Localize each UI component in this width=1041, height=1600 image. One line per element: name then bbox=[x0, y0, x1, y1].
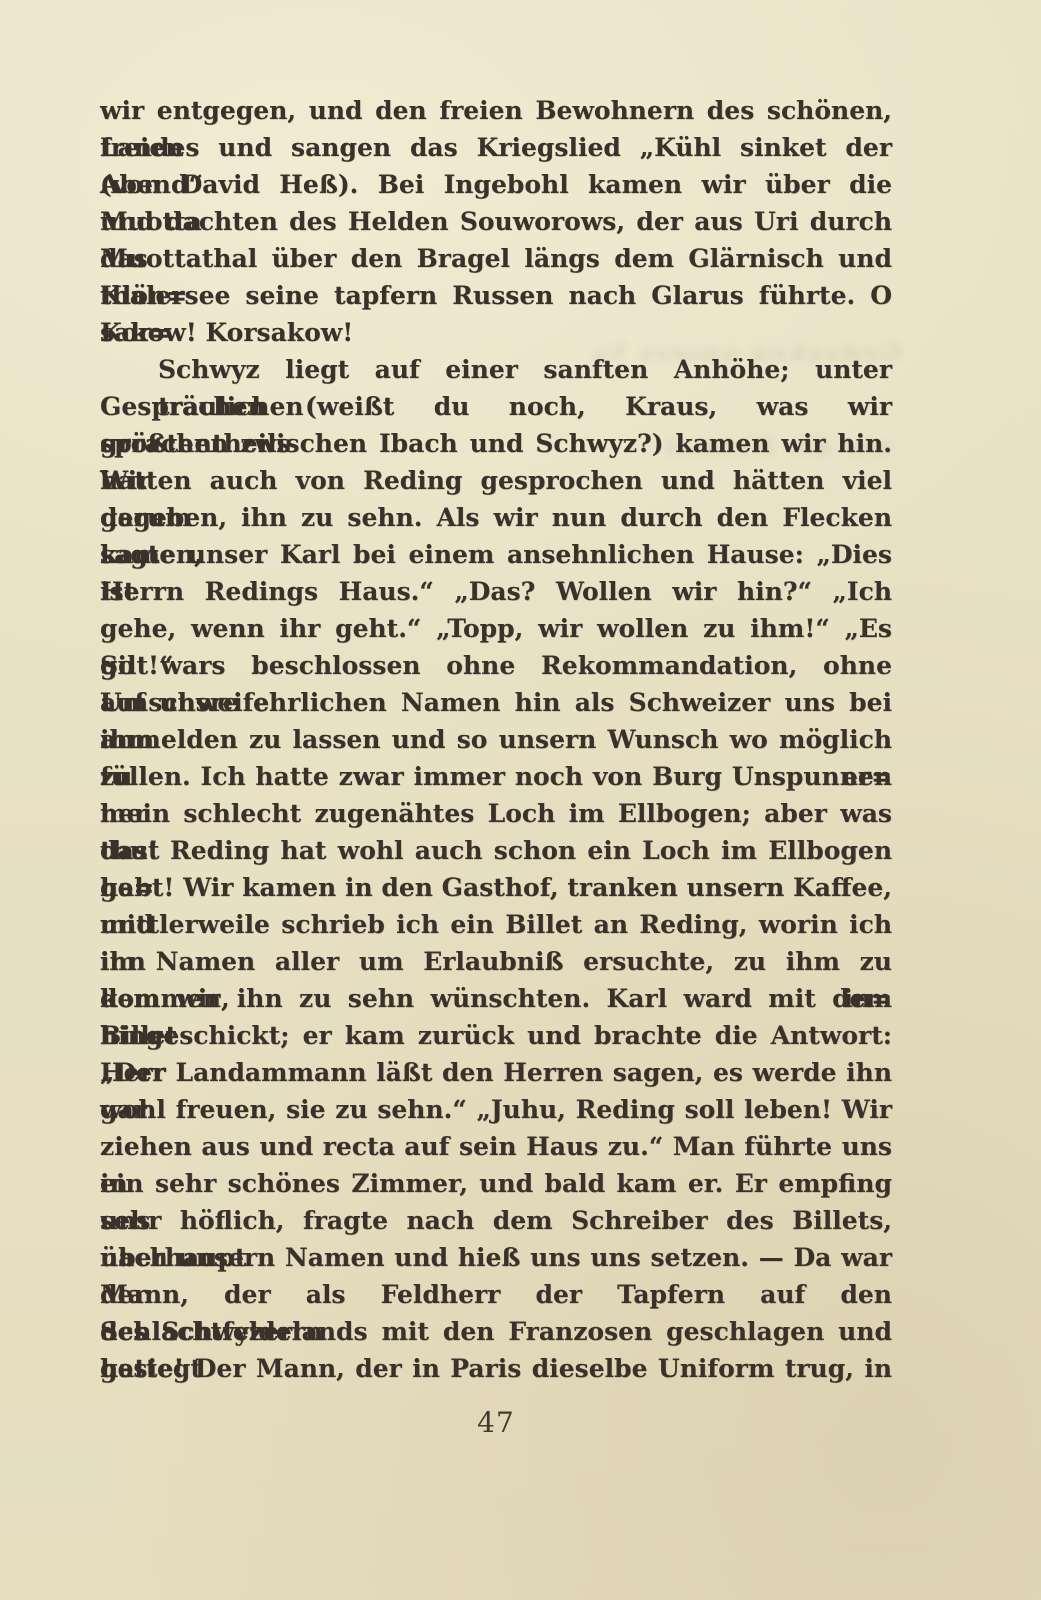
text-line: wir entgegen, und den freien Bewohnern d… bbox=[100, 92, 892, 129]
text-line: ziehen aus und recta auf sein Haus zu.“ … bbox=[100, 1128, 892, 1165]
text-line: So wars beschlossen ohne Rekommandation,… bbox=[100, 647, 892, 684]
book-page: Gedanken unsers Vaterlands wir die Heima… bbox=[0, 0, 1041, 1600]
text-line: ein sehr schönes Zimmer, und bald kam er… bbox=[100, 1165, 892, 1202]
text-line: sakow! Korsakow! bbox=[100, 314, 892, 351]
text-line: und dachten des Helden Souworows, der au… bbox=[100, 203, 892, 240]
text-line: wohl freuen, sie zu sehn.“ „Juhu, Reding… bbox=[100, 1091, 892, 1128]
text-line: füllen. Ich hatte zwar immer noch von Bu… bbox=[100, 758, 892, 795]
text-line: Herr Landammann läßt den Herren sagen, e… bbox=[100, 1054, 892, 1091]
text-line: sehr höflich, fragte nach dem Schreiber … bbox=[100, 1202, 892, 1239]
text-line: Landes und sangen das Kriegslied „Kühl s… bbox=[100, 129, 892, 166]
text-line: hatte! Der Mann, der in Paris dieselbe U… bbox=[100, 1350, 892, 1387]
page-number: 47 bbox=[100, 1406, 892, 1439]
text-line: dem wir ihn zu sehn wünschten. Karl ward… bbox=[100, 980, 892, 1017]
text-line: (von David Heß). Bei Ingebohl kamen wir … bbox=[100, 166, 892, 203]
text-line: hingeschickt; er kam zurück und brachte … bbox=[100, 1017, 892, 1054]
text-line: Herrn Redings Haus.“ „Das? Wollen wir hi… bbox=[100, 573, 892, 610]
text-line: anmelden zu lassen und so unsern Wunsch … bbox=[100, 721, 892, 758]
text-line: auf unsre ehrlichen Namen hin als Schwei… bbox=[100, 684, 892, 721]
text-line: mein schlecht zugenähtes Loch im Ellboge… bbox=[100, 795, 892, 832]
text-line: sagte unser Karl bei einem ansehnlichen … bbox=[100, 536, 892, 573]
text-line: hatten auch von Reding gesprochen und hä… bbox=[100, 462, 892, 499]
text-line: Muottathal über den Bragel längs dem Glä… bbox=[100, 240, 892, 277]
text-line: Schwyz liegt auf einer sanften Anhöhe; u… bbox=[100, 351, 892, 388]
text-line: nach unsern Namen und hieß uns uns setze… bbox=[100, 1239, 892, 1276]
text-line: gegeben, ihn zu sehn. Als wir nun durch … bbox=[100, 499, 892, 536]
text-line: habt! Wir kamen in den Gasthof, tranken … bbox=[100, 869, 892, 906]
text-line: das! Reding hat wohl auch schon ein Loch… bbox=[100, 832, 892, 869]
text-line: Mann, der als Feldherr der Tapfern auf d… bbox=[100, 1276, 892, 1313]
text-line: Gesprächen (weißt du noch, Kraus, was wi… bbox=[100, 388, 892, 425]
text-line: im Namen aller um Erlaubniß ersuchte, zu… bbox=[100, 943, 892, 980]
text-line: sprachen zwischen Ibach und Schwyz?) kam… bbox=[100, 425, 892, 462]
text-line: des Schwyzerlands mit den Franzosen gesc… bbox=[100, 1313, 892, 1350]
text-line: gehe, wenn ihr geht.“ „Topp, wir wollen … bbox=[100, 610, 892, 647]
page-text: wir entgegen, und den freien Bewohnern d… bbox=[100, 92, 892, 1387]
text-line: thalersee seine tapfern Russen nach Glar… bbox=[100, 277, 892, 314]
text-line: mittlerweile schrieb ich ein Billet an R… bbox=[100, 906, 892, 943]
